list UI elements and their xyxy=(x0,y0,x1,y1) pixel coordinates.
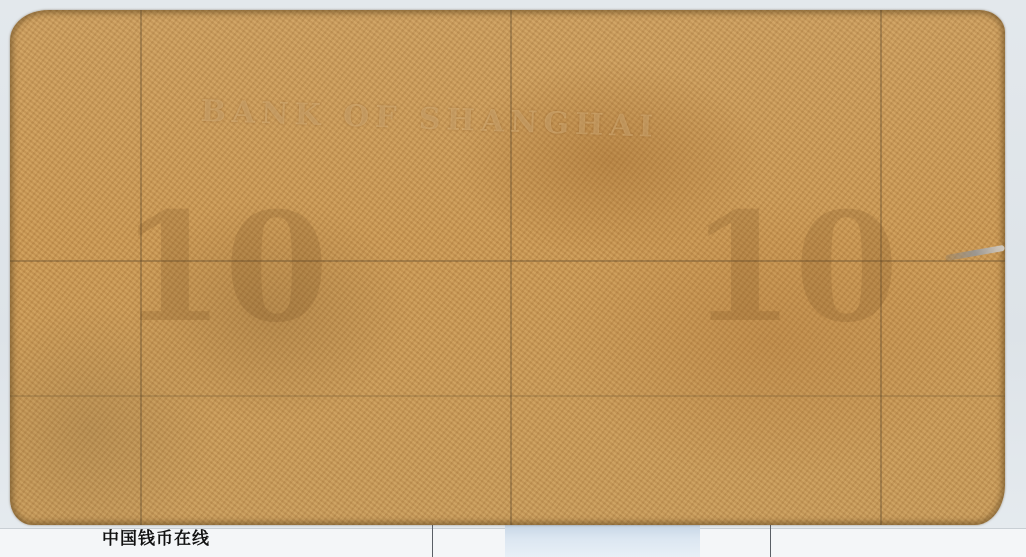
fold-crease xyxy=(510,10,512,525)
watermark-label: 中国钱币在线 xyxy=(102,524,210,549)
mounting-board-window xyxy=(505,524,700,557)
faded-numeral: 10 xyxy=(690,180,899,356)
mount-divider-line xyxy=(770,520,771,557)
faded-numeral: 10 xyxy=(120,180,329,356)
mount-divider-line xyxy=(432,520,433,557)
fold-crease xyxy=(10,395,1005,397)
engraved-bank-name: BANK OF SHANGHAI xyxy=(199,94,841,171)
banknote: BANK OF SHANGHAI 10 10 xyxy=(10,10,1005,525)
